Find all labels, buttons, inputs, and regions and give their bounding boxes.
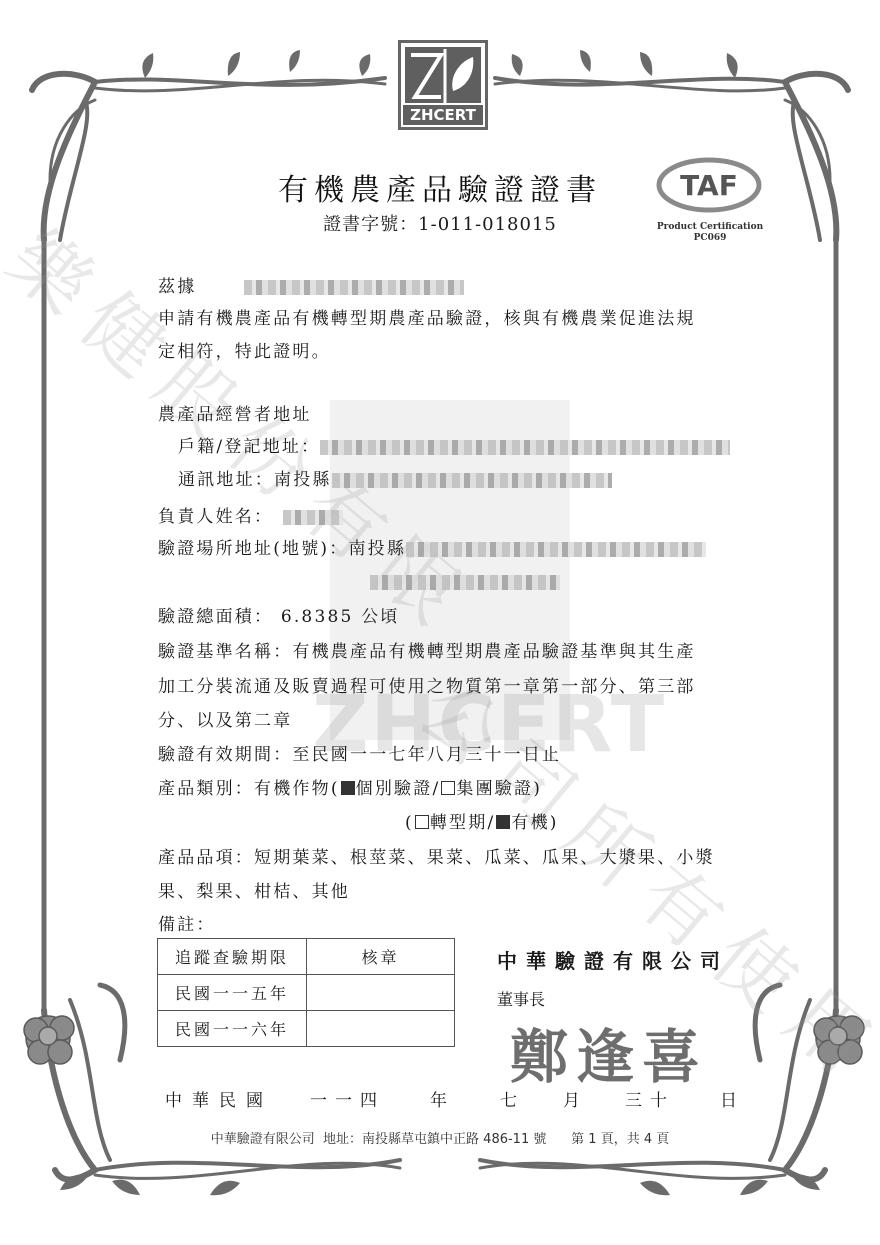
date-month-unit: 月 xyxy=(563,1086,580,1111)
standard-name-label: 驗證基準名稱： xyxy=(158,642,292,662)
tracking-inspection-table: 追蹤查驗期限 核章 民國一一五年 民國一一六年 xyxy=(157,938,455,1047)
leaf-icon xyxy=(405,47,481,103)
site-address-county: 南投縣 xyxy=(348,539,406,559)
redacted-mailing-address xyxy=(332,473,612,488)
svg-text:TAF: TAF xyxy=(680,169,738,202)
date-month: 七 xyxy=(500,1086,517,1111)
table-row: 民國一一六年 xyxy=(158,1011,455,1047)
table-cell: 民國一一六年 xyxy=(158,1011,307,1047)
product-items-label: 產品品項： xyxy=(158,848,254,868)
mailing-address-county: 南投縣 xyxy=(274,470,332,490)
taf-caption: Product Certification PC069 xyxy=(650,222,770,244)
owner-name-label: 負責人姓名： xyxy=(158,507,273,527)
product-items-line1: 短期葉菜、根莖菜、果菜、瓜菜、瓜果、大漿果、小漿 xyxy=(254,848,715,868)
footer-address: 地址：南投縣草屯鎮中正路 486-11 號 xyxy=(323,1132,546,1147)
signature: 鄭逢喜 xyxy=(510,1010,708,1094)
remarks-label: 備註： xyxy=(158,913,216,937)
date-year-unit: 年 xyxy=(430,1086,447,1111)
option-group: 集團驗證 xyxy=(456,779,533,799)
redacted-household-address xyxy=(320,440,730,455)
operator-address-heading: 農產品經營者地址 xyxy=(158,403,312,427)
validity-period-value: 至民國一一七年八月三十一日止 xyxy=(292,745,561,765)
household-address: 戶籍/登記地址： xyxy=(178,435,730,459)
product-category-value: 有機作物 xyxy=(254,779,331,799)
table-header: 核章 xyxy=(307,939,455,975)
product-items: 產品品項：短期葉菜、根莖菜、果菜、瓜菜、瓜果、大漿果、小漿 xyxy=(158,846,715,870)
taf-caption-line1: Product Certification xyxy=(650,222,770,233)
standard-name-line3: 分、以及第二章 xyxy=(158,709,292,733)
certified-area: 驗證總面積： 6.8385 公頃 xyxy=(158,605,400,629)
redacted-site-address xyxy=(406,542,706,557)
issuer-title: 董事長 xyxy=(497,987,545,1010)
date-day: 三十 xyxy=(625,1086,675,1111)
checkbox-individual-checked xyxy=(341,781,355,795)
standard-name-line2: 加工分裝流通及販賣過程可使用之物質第一章第一部分、第三部 xyxy=(158,675,696,699)
date-era: 中華民國 xyxy=(165,1086,273,1111)
table-cell-stamp xyxy=(307,1011,455,1047)
table-header: 追蹤查驗期限 xyxy=(158,939,307,975)
page-indicator: 第 1 頁，共 4 頁 xyxy=(571,1132,669,1147)
footer-company: 中華驗證有限公司 xyxy=(211,1132,315,1147)
intro-line2: 定相符，特此證明。 xyxy=(158,340,331,364)
certified-area-value: 6.8385 公頃 xyxy=(281,607,400,627)
date-year: 一一四 xyxy=(310,1086,385,1111)
option-individual: 個別驗證 xyxy=(356,779,433,799)
product-stage: (轉型期/有機) xyxy=(405,811,559,835)
zhcert-logo: ZHCERT xyxy=(398,40,488,130)
footer: 中華驗證有限公司 地址：南投縣草屯鎮中正路 486-11 號 第 1 頁，共 4… xyxy=(0,1128,880,1147)
standard-name-line1: 有機農產品有機轉型期農產品驗證基準與其生產 xyxy=(292,642,695,662)
site-address-cont xyxy=(370,570,560,594)
intro-label: 茲據 xyxy=(158,277,196,297)
certified-area-label: 驗證總面積： xyxy=(158,607,273,627)
table-cell: 民國一一五年 xyxy=(158,975,307,1011)
date-day-unit: 日 xyxy=(720,1086,737,1111)
redacted-owner-name xyxy=(283,510,343,525)
option-transition: 轉型期 xyxy=(430,813,488,833)
site-address-label: 驗證場所地址(地號)： xyxy=(158,539,348,559)
taf-accreditation-logo: TAF xyxy=(655,155,763,215)
product-category-label: 產品類別： xyxy=(158,779,254,799)
intro-applicant: 茲據 xyxy=(158,275,464,299)
standard-name: 驗證基準名稱：有機農產品有機轉型期農產品驗證基準與其生產 xyxy=(158,640,696,664)
taf-caption-line2: PC069 xyxy=(650,233,770,244)
table-cell-stamp xyxy=(307,975,455,1011)
site-address: 驗證場所地址(地號)：南投縣 xyxy=(158,537,706,561)
table-row: 民國一一五年 xyxy=(158,975,455,1011)
checkbox-transition-unchecked xyxy=(415,815,429,829)
table-header-row: 追蹤查驗期限 核章 xyxy=(158,939,455,975)
mailing-address: 通訊地址：南投縣 xyxy=(178,468,612,492)
issuer-company: 中華驗證有限公司 xyxy=(497,945,729,974)
option-organic: 有機 xyxy=(511,813,549,833)
certificate-number-value: 1-011-018015 xyxy=(418,214,557,235)
intro-line1: 申請有機農產品有機轉型期農產品驗證，核與有機農業促進法規 xyxy=(158,307,696,331)
checkbox-organic-checked xyxy=(496,815,510,829)
owner-name: 負責人姓名： xyxy=(158,505,343,529)
logo-text: ZHCERT xyxy=(403,105,483,125)
validity-period: 驗證有效期間：至民國一一七年八月三十一日止 xyxy=(158,743,561,767)
product-items-line2: 果、梨果、柑桔、其他 xyxy=(158,880,350,904)
validity-period-label: 驗證有效期間： xyxy=(158,745,292,765)
household-address-label: 戶籍/登記地址： xyxy=(178,437,320,457)
redacted-site-address-line2 xyxy=(370,575,560,590)
mailing-address-label: 通訊地址： xyxy=(178,470,274,490)
product-category: 產品類別：有機作物(個別驗證/集團驗證) xyxy=(158,777,542,801)
checkbox-group-unchecked xyxy=(441,781,455,795)
logo-mark xyxy=(405,47,481,103)
certificate-number-label: 證書字號： xyxy=(323,214,418,235)
redacted-applicant-name xyxy=(244,280,464,295)
